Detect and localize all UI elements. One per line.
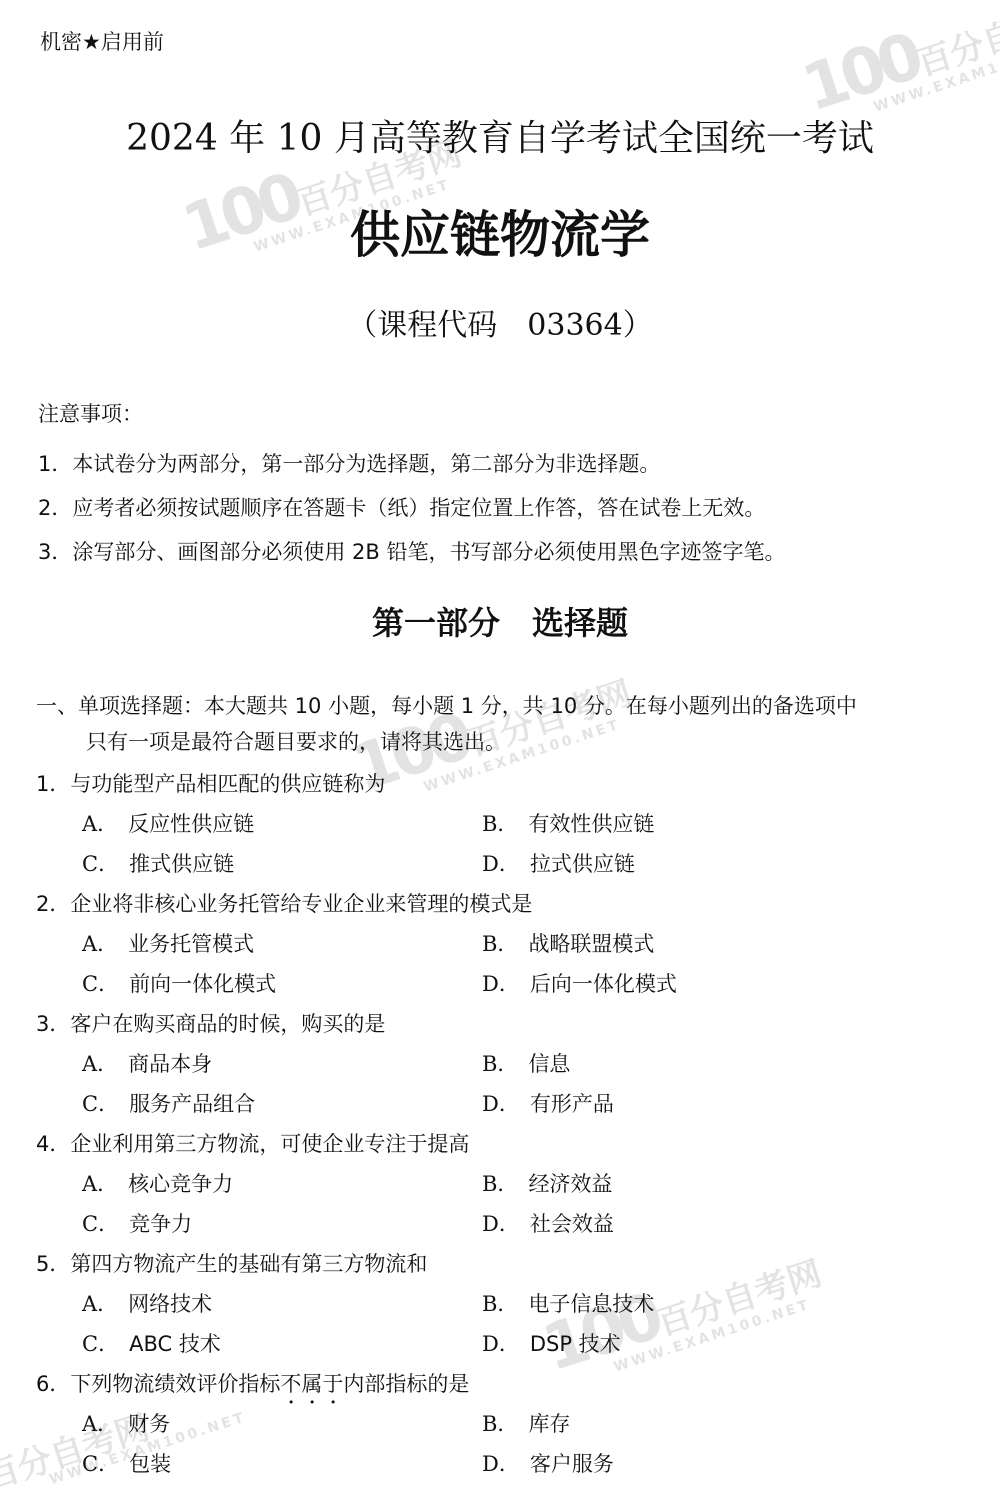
option-d: D．拉式供应链 bbox=[482, 844, 882, 884]
note-item: 1．本试卷分为两部分，第一部分为选择题，第二部分为非选择题。 bbox=[38, 442, 785, 486]
question-stem: 6．下列物流绩效评价指标不属于内部指标的是 bbox=[36, 1364, 976, 1404]
question-stem: 4．企业利用第三方物流，可使企业专注于提高 bbox=[36, 1124, 976, 1164]
exam-title: 2024 年 10 月高等教育自学考试全国统一考试 bbox=[0, 110, 1000, 161]
option-b: B．经济效益 bbox=[482, 1164, 882, 1204]
option-d: D．客户服务 bbox=[482, 1444, 882, 1484]
part-one-title: 第一部分 选择题 bbox=[0, 598, 1000, 644]
section-intro: 一、单项选择题：本大题共 10 小题，每小题 1 分，共 10 分。在每小题列出… bbox=[36, 688, 986, 760]
option-b: B．有效性供应链 bbox=[482, 804, 882, 844]
section-intro-line: 一、单项选择题：本大题共 10 小题，每小题 1 分，共 10 分。在每小题列出… bbox=[36, 688, 986, 724]
option-d: D．有形产品 bbox=[482, 1084, 882, 1124]
option-d: D．后向一体化模式 bbox=[482, 964, 882, 1004]
question-stem: 3．客户在购买商品的时候，购买的是 bbox=[36, 1004, 976, 1044]
option-d: D．社会效益 bbox=[482, 1204, 882, 1244]
section-intro-line: 只有一项是最符合题目要求的，请将其选出。 bbox=[36, 724, 986, 760]
question-stem: 5．第四方物流产生的基础有第三方物流和 bbox=[36, 1244, 976, 1284]
option-c: C．服务产品组合 bbox=[82, 1084, 482, 1124]
option-c: C．前向一体化模式 bbox=[82, 964, 482, 1004]
question-stem: 2．企业将非核心业务托管给专业企业来管理的模式是 bbox=[36, 884, 976, 924]
note-item: 2．应考者必须按试题顺序在答题卡（纸）指定位置上作答，答在试卷上无效。 bbox=[38, 486, 785, 530]
option-c: C．包装 bbox=[82, 1444, 482, 1484]
question: 3．客户在购买商品的时候，购买的是 A．商品本身 B．信息 C．服务产品组合 D… bbox=[36, 1004, 976, 1124]
option-a: A．网络技术 bbox=[82, 1284, 482, 1324]
question: 5．第四方物流产生的基础有第三方物流和 A．网络技术 B．电子信息技术 C．AB… bbox=[36, 1244, 976, 1364]
question-list: 1．与功能型产品相匹配的供应链称为 A．反应性供应链 B．有效性供应链 C．推式… bbox=[36, 764, 976, 1484]
option-b: B．库存 bbox=[482, 1404, 882, 1444]
question: 4．企业利用第三方物流，可使企业专注于提高 A．核心竞争力 B．经济效益 C．竞… bbox=[36, 1124, 976, 1244]
option-a: A．商品本身 bbox=[82, 1044, 482, 1084]
course-code: （课程代码 03364） bbox=[0, 300, 1000, 344]
note-item: 3．涂写部分、画图部分必须使用 2B 铅笔，书写部分必须使用黑色字迹签字笔。 bbox=[38, 530, 785, 574]
emphasized-text: 不属于 bbox=[280, 1372, 343, 1396]
question: 1．与功能型产品相匹配的供应链称为 A．反应性供应链 B．有效性供应链 C．推式… bbox=[36, 764, 976, 884]
option-c: C．竞争力 bbox=[82, 1204, 482, 1244]
option-b: B．战略联盟模式 bbox=[482, 924, 882, 964]
option-c: C．推式供应链 bbox=[82, 844, 482, 884]
option-a: A．财务 bbox=[82, 1404, 482, 1444]
option-a: A．业务托管模式 bbox=[82, 924, 482, 964]
question: 6．下列物流绩效评价指标不属于内部指标的是 A．财务 B．库存 C．包装 D．客… bbox=[36, 1364, 976, 1484]
subject-title: 供应链物流学 bbox=[0, 195, 1000, 267]
question: 2．企业将非核心业务托管给专业企业来管理的模式是 A．业务托管模式 B．战略联盟… bbox=[36, 884, 976, 1004]
option-b: B．电子信息技术 bbox=[482, 1284, 882, 1324]
option-b: B．信息 bbox=[482, 1044, 882, 1084]
question-stem: 1．与功能型产品相匹配的供应链称为 bbox=[36, 764, 976, 804]
confidential-label: 机密★启用前 bbox=[40, 26, 164, 56]
option-a: A．核心竞争力 bbox=[82, 1164, 482, 1204]
notes-section: 注意事项： 1．本试卷分为两部分，第一部分为选择题，第二部分为非选择题。 2．应… bbox=[38, 398, 785, 574]
option-d: D．DSP 技术 bbox=[482, 1324, 882, 1364]
option-a: A．反应性供应链 bbox=[82, 804, 482, 844]
notes-heading: 注意事项： bbox=[38, 398, 785, 428]
option-c: C．ABC 技术 bbox=[82, 1324, 482, 1364]
